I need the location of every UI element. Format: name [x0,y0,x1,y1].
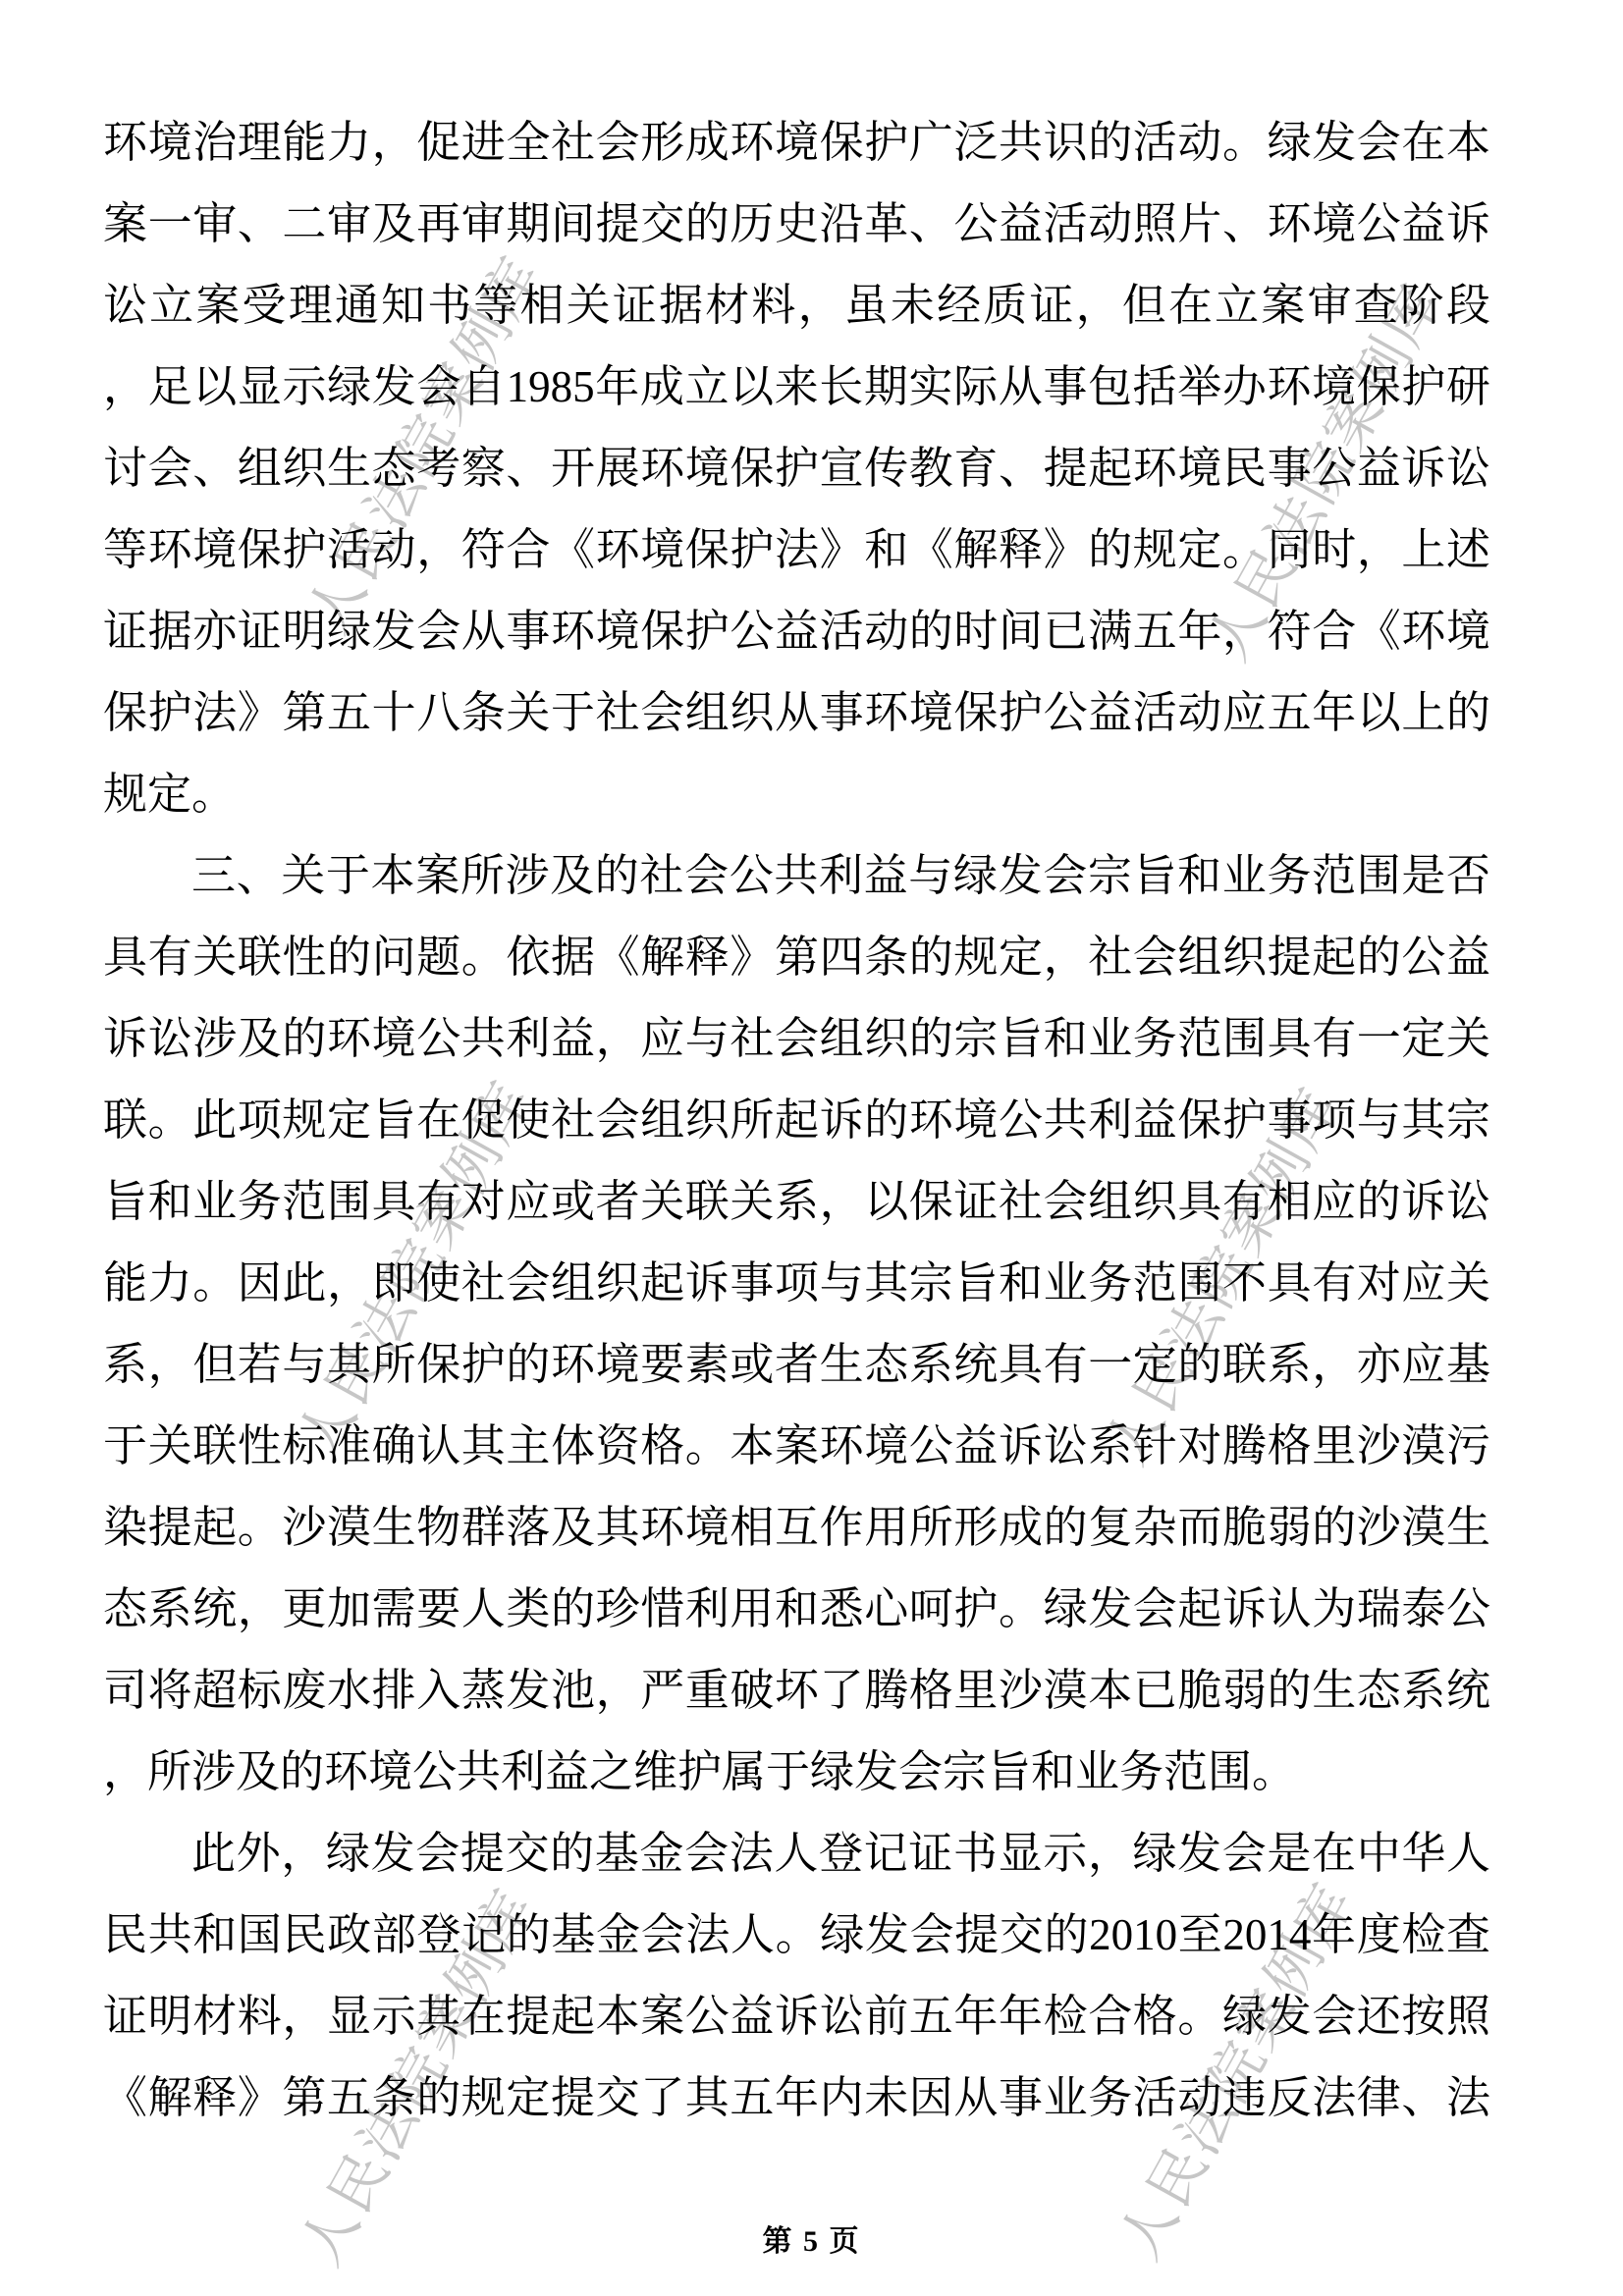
document-line: 旨和业务范围具有对应或者关联关系，以保证社会组织具有相应的诉讼 [103,1161,1490,1243]
document-line: 三、关于本案所涉及的社会公共利益与绿发会宗旨和业务范围是否 [103,835,1490,917]
document-line: 联。此项规定旨在促使社会组织所起诉的环境公共利益保护事项与其宗 [103,1080,1490,1161]
document-line: 证据亦证明绿发会从事环境保护公益活动的时间已满五年，符合《环境 [103,591,1490,672]
document-line: 规定。 [103,754,1490,835]
document-line: 此外，绿发会提交的基金会法人登记证书显示，绿发会是在中华人 [103,1813,1490,1895]
document-line: 讨会、组织生态考察、开展环境保护宣传教育、提起环境民事公益诉讼 [103,428,1490,509]
document-line: 讼立案受理通知书等相关证据材料，虽未经质证，但在立案审查阶段 [103,265,1490,347]
page-number: 第 5 页 [0,2216,1623,2260]
document-line: ，足以显示绿发会自1985年成立以来长期实际从事包括举办环境保护研 [103,347,1490,428]
document-line: ，所涉及的环境公共利益之维护属于绿发会宗旨和业务范围。 [103,1732,1490,1813]
document-line: 系，但若与其所保护的环境要素或者生态系统具有一定的联系，亦应基 [103,1324,1490,1406]
document-line: 司将超标废水排入蒸发池，严重破坏了腾格里沙漠本已脆弱的生态系统 [103,1650,1490,1732]
document-page: 人民法院案例库 人民法院案例库 人民法院案例库 人民法院案例库 人民法院案例库 … [0,0,1623,2296]
document-line: 证明材料，显示其在提起本案公益诉讼前五年年检合格。绿发会还按照 [103,1976,1490,2057]
document-line: 于关联性标准确认其主体资格。本案环境公益诉讼系针对腾格里沙漠污 [103,1406,1490,1487]
document-line: 保护法》第五十八条关于社会组织从事环境保护公益活动应五年以上的 [103,672,1490,754]
document-line: 《解释》第五条的规定提交了其五年内未因从事业务活动违反法律、法 [103,2057,1490,2139]
document-line: 案一审、二审及再审期间提交的历史沿革、公益活动照片、环境公益诉 [103,184,1490,265]
document-line: 诉讼涉及的环境公共利益，应与社会组织的宗旨和业务范围具有一定关 [103,998,1490,1080]
document-line: 环境治理能力，促进全社会形成环境保护广泛共识的活动。绿发会在本 [103,102,1490,184]
document-line: 态系统，更加需要人类的珍惜利用和悉心呵护。绿发会起诉认为瑞泰公 [103,1569,1490,1650]
document-line: 染提起。沙漠生物群落及其环境相互作用所形成的复杂而脆弱的沙漠生 [103,1487,1490,1569]
document-body: 环境治理能力，促进全社会形成环境保护广泛共识的活动。绿发会在本案一审、二审及再审… [103,102,1490,2139]
document-line: 具有关联性的问题。依据《解释》第四条的规定，社会组织提起的公益 [103,917,1490,998]
document-line: 等环境保护活动，符合《环境保护法》和《解释》的规定。同时，上述 [103,509,1490,591]
document-line: 民共和国民政部登记的基金会法人。绿发会提交的2010至2014年度检查 [103,1895,1490,1976]
document-line: 能力。因此，即使社会组织起诉事项与其宗旨和业务范围不具有对应关 [103,1243,1490,1324]
